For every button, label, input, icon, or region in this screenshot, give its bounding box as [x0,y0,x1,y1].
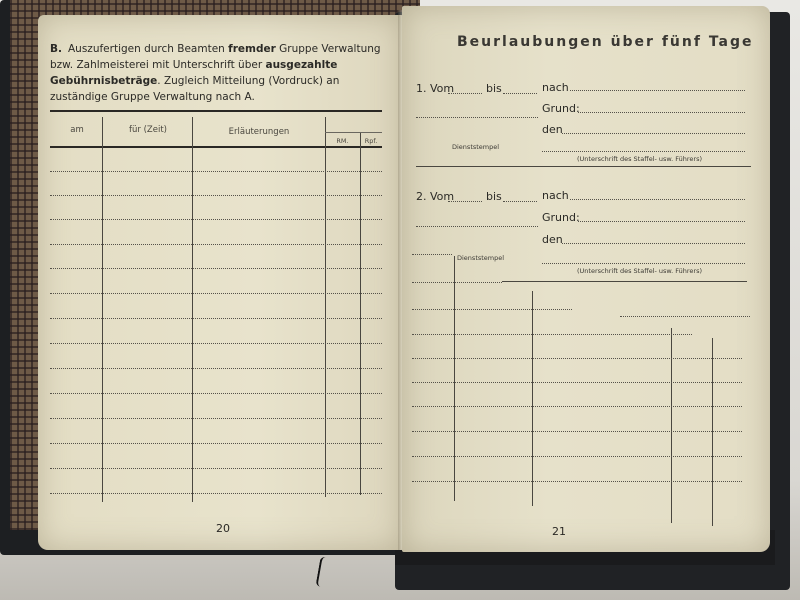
entry-1-extra-field[interactable] [416,117,538,118]
col-divider [325,117,326,497]
table-row[interactable] [50,343,382,344]
table-row[interactable] [412,406,742,407]
entry-2-nach-label: nach [542,189,569,202]
col-header-rpf: Rpf. [360,137,382,145]
table-row[interactable] [412,481,742,482]
instruction-part: Auszufertigen durch Beamten [68,43,228,55]
entry-2-grund-label: Grund: [542,211,580,224]
entry-2-extra-field[interactable] [416,226,538,227]
entry-2-signature-field[interactable] [542,263,745,264]
entry-1-signature-field[interactable] [542,151,745,152]
table-row[interactable] [620,316,750,317]
col-divider [532,291,533,506]
entry-1-nach-label: nach [542,81,569,94]
entry-2-bis-label: bis [486,190,502,203]
col-header-am: am [52,125,102,135]
right-page: Beurlaubungen über fünf Tage 1. Vom bis … [402,6,770,552]
entry-divider [416,166,751,167]
table-top-rule [50,110,382,112]
col-divider [712,338,713,526]
entry-2-stamp-label: Dienststempel [457,254,504,262]
entry-2-grund-field[interactable] [578,221,745,222]
entry-2-den-field[interactable] [562,243,745,244]
entry-1-stamp-label: Dienststempel [452,143,499,151]
table-row[interactable] [50,219,382,220]
entry-2-den-label: den [542,233,563,246]
col-header-erlaeuterungen: Erläuterungen [193,127,325,137]
col-subdivider [325,132,382,133]
col-header-rm: RM. [326,137,359,145]
entry-2-nach-field[interactable] [570,199,745,200]
col-header-fuer-zeit: für (Zeit) [104,125,192,135]
entry-2-left-field[interactable] [412,254,452,255]
table-row[interactable] [412,358,742,359]
entry-1-den-field[interactable] [562,133,745,134]
entry-1-vom-field[interactable] [448,93,482,94]
table-row[interactable] [412,334,692,335]
table-row[interactable] [412,431,742,432]
table-row[interactable] [50,443,382,444]
entry-2-left-field[interactable] [412,282,502,283]
table-row[interactable] [50,393,382,394]
table-row[interactable] [50,368,382,369]
table-row[interactable] [412,309,572,310]
table-row[interactable] [50,418,382,419]
table-row[interactable] [50,318,382,319]
entry-1-den-label: den [542,123,563,136]
table-row[interactable] [50,171,382,172]
table-row[interactable] [412,382,742,383]
table-row[interactable] [50,468,382,469]
instruction-bold: fremder [228,43,276,55]
col-divider [192,117,193,502]
entry-1-signature-caption: (Unterschrift des Staffel- usw. Führers) [577,155,702,163]
entry-2-bis-field[interactable] [503,201,537,202]
table-row[interactable] [412,456,742,457]
entry-1-bis-label: bis [486,82,502,95]
binding-thread [315,556,330,587]
entry-divider [502,281,747,282]
table-row[interactable] [50,195,382,196]
entry-1-grund-field[interactable] [578,112,745,113]
table-row[interactable] [50,244,382,245]
col-divider [454,256,455,501]
entry-1-bis-field[interactable] [503,93,537,94]
page-number-left: 20 [216,522,230,535]
table-row[interactable] [50,268,382,269]
entry-1-grund-label: Grund: [542,102,580,115]
col-divider [360,132,361,495]
left-page: B.Auszufertigen durch Beamten fremder Gr… [38,15,403,550]
entry-1-nach-field[interactable] [570,90,745,91]
table-row[interactable] [50,493,382,494]
instruction-text: B.Auszufertigen durch Beamten fremder Gr… [50,41,385,105]
col-divider [102,117,103,502]
page-number-right: 21 [552,525,566,538]
table-header-rule [50,146,382,148]
entry-2-vom-field[interactable] [448,201,482,202]
section-marker: B. [50,43,62,55]
table-row[interactable] [50,293,382,294]
page-title: Beurlaubungen über fünf Tage [457,34,754,50]
entry-2-signature-caption: (Unterschrift des Staffel- usw. Führers) [577,267,702,275]
